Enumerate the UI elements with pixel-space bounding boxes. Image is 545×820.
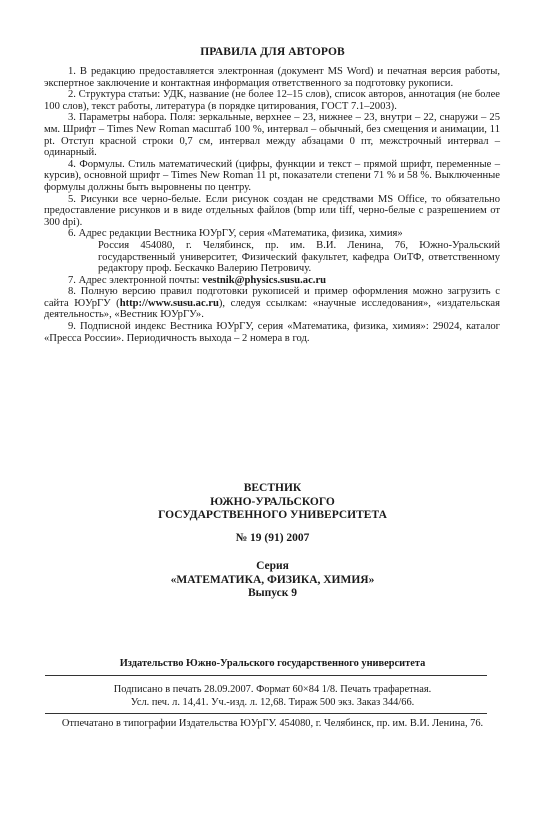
rule-item-7-label: 7. Адрес электронной почты: xyxy=(68,275,202,286)
rule-item-1: 1. В редакцию предоставляется электронна… xyxy=(44,66,500,89)
masthead-line-2: ЮЖНО-УРАЛЬСКОГО xyxy=(0,496,545,510)
series-name: «МАТЕМАТИКА, ФИЗИКА, ХИМИЯ» xyxy=(0,574,545,588)
rule-item-4: 4. Формулы. Стиль математический (цифры,… xyxy=(44,159,500,194)
document-page: ПРАВИЛА ДЛЯ АВТОРОВ 1. В редакцию предос… xyxy=(0,0,545,820)
volume-number: Выпуск 9 xyxy=(0,587,545,601)
website-link[interactable]: http://www.susu.ac.ru xyxy=(120,298,219,309)
divider-top xyxy=(45,675,487,676)
series-label: Серия xyxy=(0,560,545,574)
rule-item-5: 5. Рисунки все черно-белые. Если рисунок… xyxy=(44,194,500,229)
email-link[interactable]: vestnik@physics.susu.ac.ru xyxy=(202,275,326,286)
rules-body: 1. В редакцию предоставляется электронна… xyxy=(44,66,500,344)
series-block: Серия «МАТЕМАТИКА, ФИЗИКА, ХИМИЯ» Выпуск… xyxy=(0,560,545,601)
rule-item-7: 7. Адрес электронной почты: vestnik@phys… xyxy=(44,275,500,287)
rules-title: ПРАВИЛА ДЛЯ АВТОРОВ xyxy=(0,46,545,58)
rule-item-9: 9. Подписной индекс Вестника ЮУрГУ, сери… xyxy=(44,321,500,344)
journal-masthead: ВЕСТНИК ЮЖНО-УРАЛЬСКОГО ГОСУДАРСТВЕННОГО… xyxy=(0,482,545,523)
print-specs: Усл. печ. л. 14,41. Уч.-изд. л. 12,68. Т… xyxy=(0,696,545,709)
rule-item-8: 8. Полную версию правил подготовки рукоп… xyxy=(44,286,500,321)
signed-for-print: Подписано в печать 28.09.2007. Формат 60… xyxy=(0,683,545,696)
editorial-address: Россия 454080, г. Челябинск, пр. им. В.И… xyxy=(98,240,500,275)
publisher-name: Издательство Южно-Уральского государстве… xyxy=(0,658,545,669)
rule-item-6: 6. Адрес редакции Вестника ЮУрГУ, серия … xyxy=(44,228,500,240)
printing-house: Отпечатано в типографии Издательства ЮУр… xyxy=(0,717,545,730)
masthead-line-1: ВЕСТНИК xyxy=(0,482,545,496)
imprint-details: Подписано в печать 28.09.2007. Формат 60… xyxy=(0,683,545,709)
divider-bottom xyxy=(45,713,487,714)
rule-item-3: 3. Параметры набора. Поля: зеркальные, в… xyxy=(44,112,500,158)
rule-item-2: 2. Структура статьи: УДК, название (не б… xyxy=(44,89,500,112)
issue-number: № 19 (91) 2007 xyxy=(0,532,545,546)
masthead-line-3: ГОСУДАРСТВЕННОГО УНИВЕРСИТЕТА xyxy=(0,509,545,523)
